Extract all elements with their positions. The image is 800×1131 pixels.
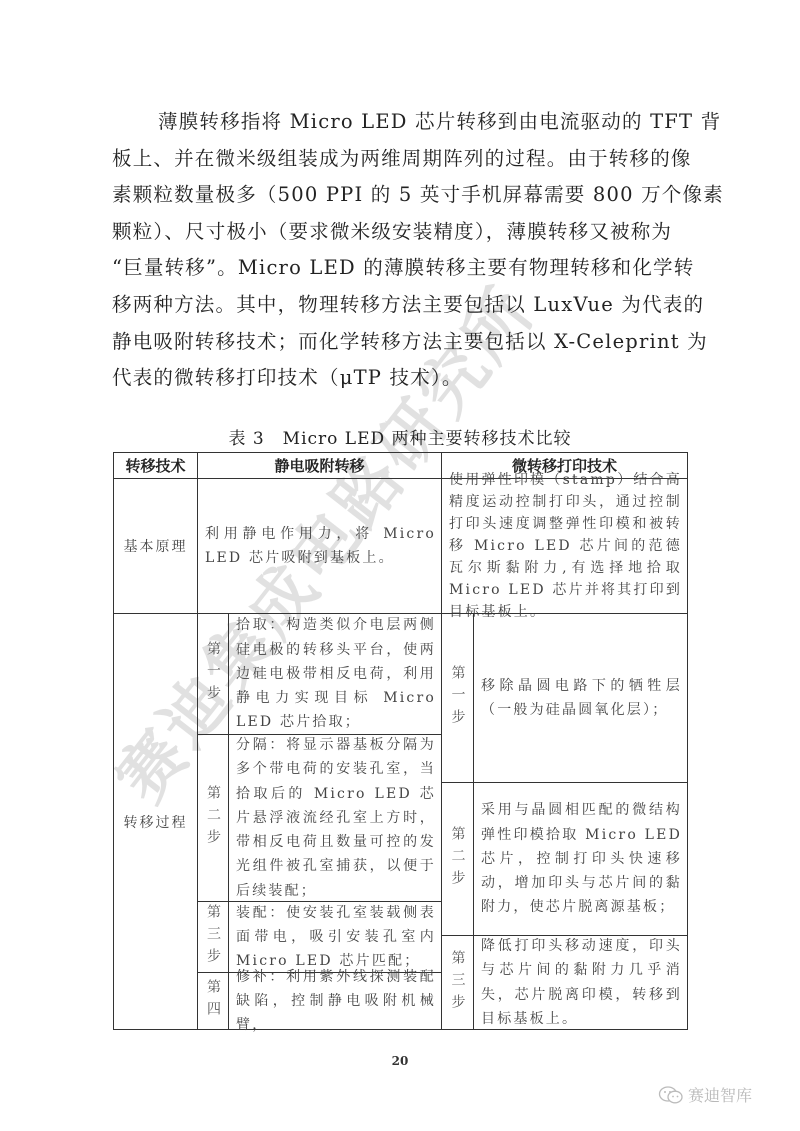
- step-text-micro-transfer-2: 采用与晶圆相匹配的微结构弹性印模拾取 Micro LED 芯片，控制打印头快速移…: [473, 782, 688, 936]
- step-text-electrostatic-1: 拾取：构造类似介电层两侧硅电极的转移头平台，使两边硅电极带相反电荷，利用静电力实…: [228, 613, 442, 735]
- step-label-electrostatic-1: 第一步: [197, 613, 229, 735]
- paragraph-line: 代表的微转移打印技术（μTP 技术）。: [112, 360, 690, 397]
- table-caption: 表 3 Micro LED 两种主要转移技术比较: [0, 424, 800, 449]
- paragraph-line: 颗粒）、尺寸极小（要求微米级安装精度），薄膜转移又被称为: [112, 214, 690, 251]
- cell-text: 利用静电作用力，将 Micro LED 芯片吸附到基板上。: [198, 522, 441, 571]
- paragraph-line: 薄膜转移指将 Micro LED 芯片转移到由电流驱动的 TFT 背: [112, 104, 690, 141]
- step-label-electrostatic-2: 第二步: [197, 734, 229, 902]
- wechat-icon: [658, 1085, 684, 1105]
- brand-name: 赛迪智库: [688, 1083, 752, 1106]
- paragraph-line: 静电吸附转移技术；而化学转移方法主要包括以 X-Celeprint 为: [112, 324, 690, 361]
- brand-badge: 赛迪智库: [658, 1083, 752, 1106]
- row-label-transfer-process: 转移过程: [113, 613, 198, 1030]
- step-text-electrostatic-2: 分隔：将显示器基板分隔为多个带电荷的安装孔室，当拾取后的 Micro LED 芯…: [228, 734, 442, 902]
- step-text-micro-transfer-3: 降低打印头移动速度，印头与芯片间的黏附力几乎消失，芯片脱离印模，转移到目标基板上…: [473, 935, 688, 1030]
- step-label-electrostatic-3: 第三步: [197, 901, 229, 973]
- paragraph-line: 板上、并在微米级组装成为两维周期阵列的过程。由于转移的像: [112, 141, 690, 178]
- step-text-electrostatic-4: 修补：利用紫外线探测装配缺陷，控制静电吸附机械臂，: [228, 972, 442, 1030]
- body-paragraph: 薄膜转移指将 Micro LED 芯片转移到由电流驱动的 TFT 背 板上、并在…: [112, 104, 690, 397]
- step-label-micro-transfer-2: 第二步: [441, 782, 474, 936]
- cell-electrostatic-principle: 利用静电作用力，将 Micro LED 芯片吸附到基板上。: [197, 478, 442, 614]
- step-text-micro-transfer-1: 移除晶圆电路下的牺牲层（一般为硅晶圆氧化层）；: [473, 613, 688, 783]
- header-cell-transfer-tech: 转移技术: [113, 452, 198, 479]
- paragraph-line: “巨量转移”。Micro LED 的薄膜转移主要有物理转移和化学转: [112, 250, 690, 287]
- row-label-text: 转移过程: [124, 812, 188, 832]
- paragraph-line: 移两种方法。其中，物理转移方法主要包括以 LuxVue 为代表的: [112, 287, 690, 324]
- row-label-text: 基本原理: [124, 536, 188, 556]
- step-label-micro-transfer-1: 第一步: [441, 613, 474, 783]
- step-label-micro-transfer-3: 第三步: [441, 935, 474, 1030]
- paragraph-line: 素颗粒数量极多（500 PPI 的 5 英寸手机屏幕需要 800 万个像素: [112, 177, 690, 214]
- step-text-electrostatic-3: 装配：使安装孔室装载侧表面带电，吸引安装孔室内 Micro LED 芯片匹配；: [228, 901, 442, 973]
- row-label-basic-principle: 基本原理: [113, 478, 198, 614]
- cell-micro-transfer-principle: 使用弹性印模（stamp）结合高精度运动控制打印头，通过控制打印头速度调整弹性印…: [441, 478, 688, 614]
- page-number: 20: [0, 1054, 800, 1068]
- comparison-table: 转移技术 静电吸附转移 微转移打印技术 基本原理 利用静电作用力，将 Micro…: [113, 452, 688, 1030]
- step-label-electrostatic-4: 第四: [197, 972, 229, 1030]
- cell-text: 使用弹性印模（stamp）结合高精度运动控制打印头，通过控制打印头速度调整弹性印…: [442, 469, 687, 623]
- header-cell-electrostatic: 静电吸附转移: [197, 452, 442, 479]
